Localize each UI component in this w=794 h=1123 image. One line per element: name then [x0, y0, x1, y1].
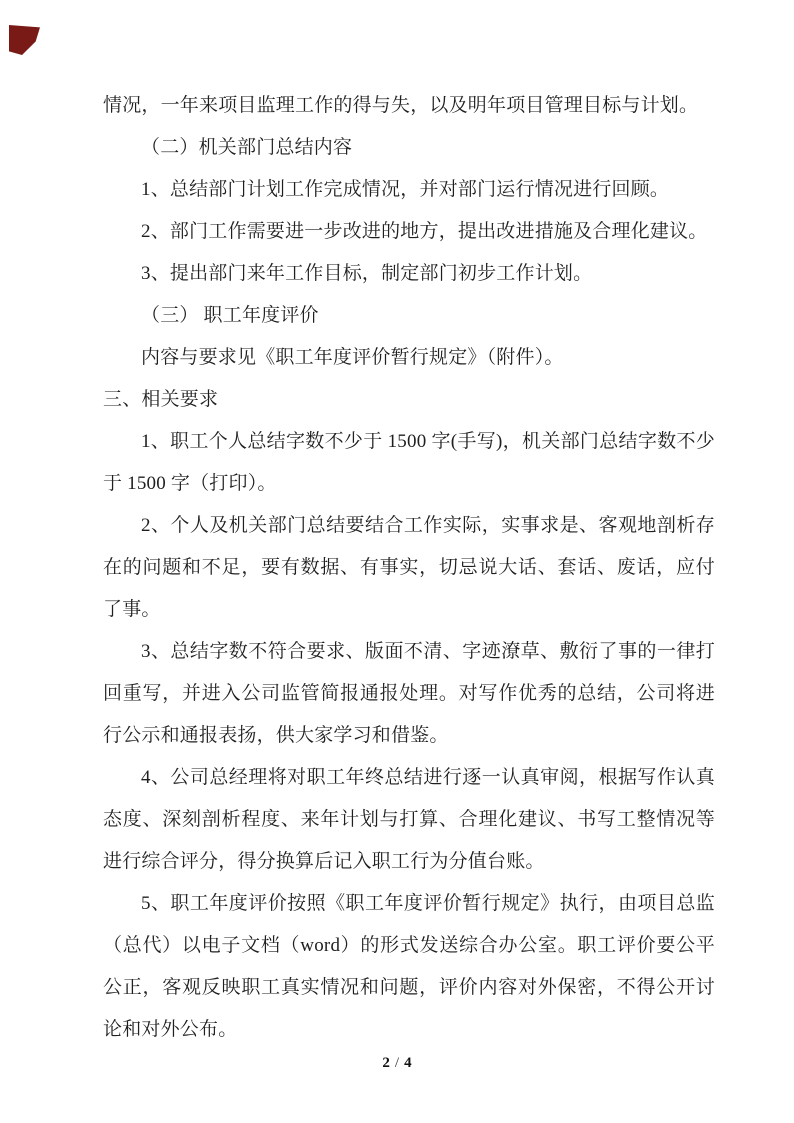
document-body: 情况，一年来项目监理工作的得与失，以及明年项目管理目标与计划。 （二）机关部门总…	[103, 85, 715, 1051]
body-paragraph: 1、职工个人总结字数不少于 1500 字(手写)，机关部门总结字数不少于 150…	[103, 421, 715, 505]
page-number-current: 2	[382, 1055, 390, 1071]
body-paragraph: 2、个人及机关部门总结要结合工作实际，实事求是、客观地剖析存在的问题和不足，要有…	[103, 505, 715, 631]
body-paragraph: 2、部门工作需要进一步改进的地方，提出改进措施及合理化建议。	[103, 211, 715, 253]
red-corner-mark	[9, 25, 40, 55]
body-paragraph: 3、提出部门来年工作目标，制定部门初步工作计划。	[103, 253, 715, 295]
body-paragraph: 内容与要求见《职工年度评价暂行规定》（附件）。	[103, 337, 715, 379]
section-heading: （二）机关部门总结内容	[103, 127, 715, 169]
body-paragraph: 5、职工年度评价按照《职工年度评价暂行规定》执行，由项目总监（总代）以电子文档（…	[103, 883, 715, 1051]
section-heading: 三、相关要求	[103, 379, 715, 421]
page-footer: 2/4	[0, 1048, 794, 1078]
document-page: 情况，一年来项目监理工作的得与失，以及明年项目管理目标与计划。 （二）机关部门总…	[0, 0, 794, 1123]
body-paragraph: 3、总结字数不符合要求、版面不清、字迹潦草、敷衍了事的一律打回重写，并进入公司监…	[103, 631, 715, 757]
section-heading: （三） 职工年度评价	[103, 295, 715, 337]
body-paragraph: 4、公司总经理将对职工年终总结进行逐一认真审阅，根据写作认真态度、深刻剖析程度、…	[103, 757, 715, 883]
page-number-total: 4	[404, 1055, 412, 1071]
body-paragraph: 情况，一年来项目监理工作的得与失，以及明年项目管理目标与计划。	[103, 85, 715, 127]
body-paragraph: 1、总结部门计划工作完成情况，并对部门运行情况进行回顾。	[103, 169, 715, 211]
page-number-separator: /	[395, 1055, 399, 1071]
